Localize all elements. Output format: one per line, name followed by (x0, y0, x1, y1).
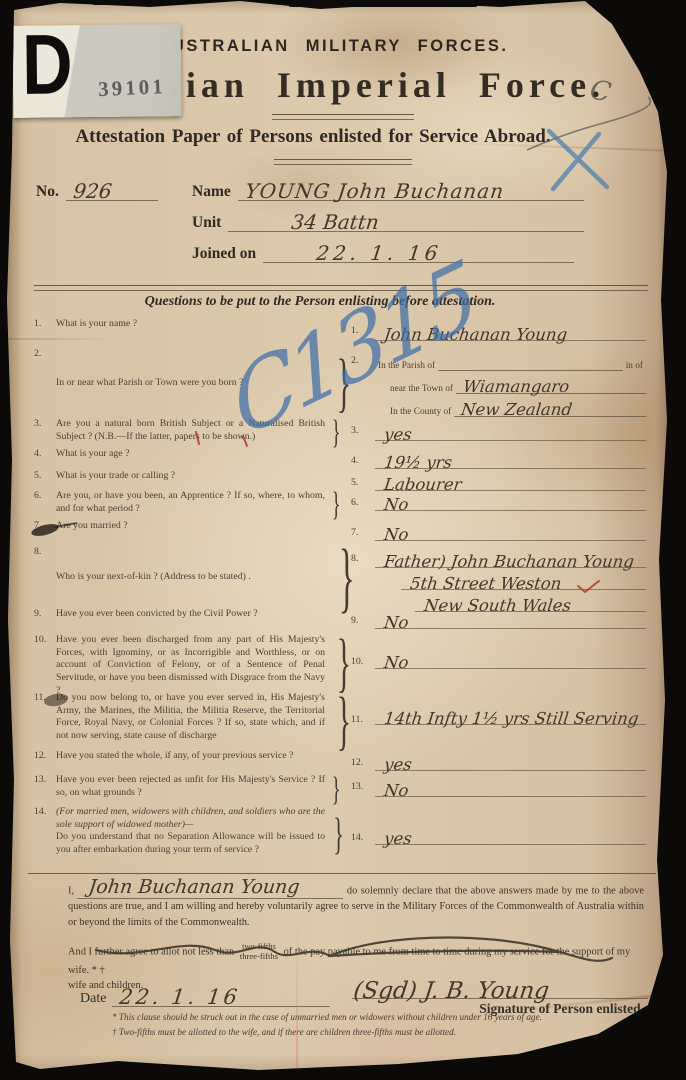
question-row-13: 13.Have you ever been rejected as unfit … (34, 774, 646, 806)
footnote-dagger: † Two-fifths must be allotted to the wif… (112, 1025, 622, 1040)
allotment-options: two-fifthsthree-fifths (237, 942, 281, 962)
date-row: Date 22. 1. 16 (80, 980, 330, 1007)
allotment-three-fifths: three-fifths (240, 951, 278, 961)
q1-number: 1. (34, 318, 56, 348)
a13-number: 13. (345, 774, 375, 806)
q7-number: 7. (34, 520, 56, 546)
document-subtitle: Attestation Paper of Persons enlisted fo… (0, 126, 626, 148)
a14-number: 14. (345, 806, 375, 862)
serial-number: 39101 (97, 74, 166, 102)
field-joined-on: Joined on 22. 1. 16 (192, 238, 574, 263)
a2-county-value: New Zealand (460, 400, 573, 419)
a8-line-2: 5th Street Weston (401, 568, 646, 590)
a13-line: No (375, 776, 646, 797)
a3-number: 3. (345, 418, 375, 448)
a2-in-of-label: in of (623, 361, 646, 371)
signature-line: (Sgd) J. B. Young (352, 962, 648, 999)
a6-value: No (383, 495, 410, 514)
name-value: YOUNG John Buchanan (244, 179, 506, 203)
a7-value: No (383, 525, 410, 544)
a2-town-line: near the Town ofWiamangaro (387, 371, 646, 394)
field-number: No. 926 (36, 176, 158, 201)
a2-county-line: In the County ofNew Zealand (387, 394, 646, 417)
wife-line: wife. * † (68, 965, 105, 976)
q10-number: 10. (34, 634, 56, 692)
a10-value: No (383, 653, 410, 672)
a2-county-label: In the County of (387, 407, 454, 417)
question-row-14: 14. (For married men, widowers with chil… (34, 806, 646, 862)
q7-text: Are you married ? (56, 520, 328, 546)
a11-value: 14th Infty 1½ yrs Still Serving (383, 709, 640, 728)
number-write-line: 926 (66, 176, 158, 201)
q14-number: 14. (34, 806, 56, 862)
q8-number: 8. (34, 546, 56, 608)
brace-icon: } (337, 683, 351, 759)
stamp-letter-d: D (22, 16, 74, 114)
a3-value: yes (383, 425, 413, 444)
question-row-6: 6.Are you, or have you been, an Apprenti… (34, 490, 646, 520)
unit-label: Unit (192, 214, 228, 232)
a14-value: yes (383, 829, 413, 848)
scan-edge-artifact (92, 0, 158, 5)
q6-number: 6. (34, 490, 56, 520)
q5-number: 5. (34, 470, 56, 490)
date-write-line: 22. 1. 16 (112, 980, 330, 1007)
q4-text: What is your age ? (56, 448, 328, 470)
q5-text: What is your trade or calling ? (56, 470, 328, 490)
q14-text-block: (For married men, widowers with children… (56, 806, 328, 862)
a9-value: No (383, 613, 410, 632)
unit-write-line: 34 Battn (228, 207, 584, 232)
a6-number: 6. (345, 490, 375, 520)
q12-text: Have you stated the whole, if any, of yo… (56, 750, 328, 774)
a12-line: yes (375, 750, 646, 771)
number-label: No. (36, 183, 66, 201)
a10-line: No (375, 648, 646, 669)
q3-number: 3. (34, 418, 56, 448)
footnotes: * This clause should be struck out in th… (112, 1010, 622, 1039)
allotment-two-fifths: two-fifths (242, 941, 276, 951)
date-label: Date (80, 991, 112, 1007)
date-value: 22. 1. 16 (118, 985, 241, 1009)
q11-text: Do you now belong to, or have you ever s… (56, 692, 328, 750)
archive-label: D 39101 (13, 24, 182, 118)
a13-value: No (383, 781, 410, 800)
q8-text: Who is your next-of-kin ? (Address to be… (56, 571, 328, 584)
allotment-post: of the pay payable to me from time to ti… (284, 946, 631, 957)
q11-number: 11. (34, 692, 56, 750)
a4-number: 4. (345, 448, 375, 470)
q9-text: Have you ever been convicted by the Civi… (56, 608, 328, 634)
a5-number: 5. (345, 470, 375, 490)
question-row-8: 8.Who is your next-of-kin ? (Address to … (34, 546, 646, 608)
a9-line: No (375, 608, 646, 629)
a4-line: 19½ yrs (375, 448, 646, 469)
q6-text: Are you, or have you been, an Apprentice… (56, 490, 328, 520)
declaration-name-value: John Buchanan Young (87, 873, 301, 902)
number-value: 926 (72, 179, 113, 203)
a14-line: yes (375, 824, 646, 845)
double-rule-top (272, 114, 414, 120)
scanned-attestation-paper: AUSTRALIAN MILITARY FORCES. Australian I… (0, 0, 686, 1080)
q13-number: 13. (34, 774, 56, 806)
q2-number: 2. (34, 348, 56, 418)
a5-line: Labourer (375, 470, 646, 491)
question-row-4: 4.What is your age ? 4. 19½ yrs (34, 448, 646, 470)
signature-value: (Sgd) J. B. Young (352, 978, 551, 1004)
question-row-3: 3.Are you a natural born British Subject… (34, 418, 646, 448)
paper-sheet: AUSTRALIAN MILITARY FORCES. Australian I… (0, 0, 686, 1080)
a8-line-1: Father) John Buchanan Young (375, 546, 646, 568)
q12-number: 12. (34, 750, 56, 774)
name-write-line: YOUNG John Buchanan (238, 176, 584, 201)
a7-line: No (375, 520, 646, 541)
q4-number: 4. (34, 448, 56, 470)
a6-line: No (375, 490, 646, 511)
brace-icon: } (332, 771, 341, 809)
a2-town-label: near the Town of (387, 384, 456, 394)
question-row-11: 11.Do you now belong to, or have you eve… (34, 692, 646, 750)
a3-line: yes (375, 420, 646, 441)
a12-value: yes (383, 755, 413, 774)
q14-note: (For married men, widowers with children… (56, 806, 325, 830)
declaration-i: I, (68, 885, 74, 896)
a2-town-value: Wiamangaro (462, 377, 570, 396)
q9-number: 9. (34, 608, 56, 634)
field-name: Name YOUNG John Buchanan (192, 176, 584, 201)
declaration-name-line: John Buchanan Young (77, 882, 343, 899)
brace-icon: } (333, 809, 344, 860)
double-rule-subtitle (274, 159, 412, 165)
field-unit: Unit 34 Battn (192, 207, 584, 232)
unit-value: 34 Battn (290, 210, 380, 234)
brace-icon: } (332, 486, 341, 524)
name-label: Name (192, 183, 238, 201)
brace-icon: } (332, 414, 341, 452)
signature-block: (Sgd) J. B. Young Signature of Person en… (352, 962, 648, 1017)
q13-text: Have you ever been rejected as unfit for… (56, 774, 328, 806)
double-rule-fields (34, 285, 648, 291)
joined-on-label: Joined on (192, 245, 263, 263)
footnote-asterisk: * This clause should be struck out in th… (112, 1010, 622, 1025)
scan-edge-artifact (288, 0, 478, 7)
allotment-pre: And I further agree to allot not less th… (68, 946, 234, 957)
q10-text: Have you ever been discharged from any p… (56, 634, 328, 692)
a11-line: 14th Infty 1½ yrs Still Serving (375, 704, 646, 725)
q14-text: Do you understand that no Separation All… (56, 831, 325, 855)
